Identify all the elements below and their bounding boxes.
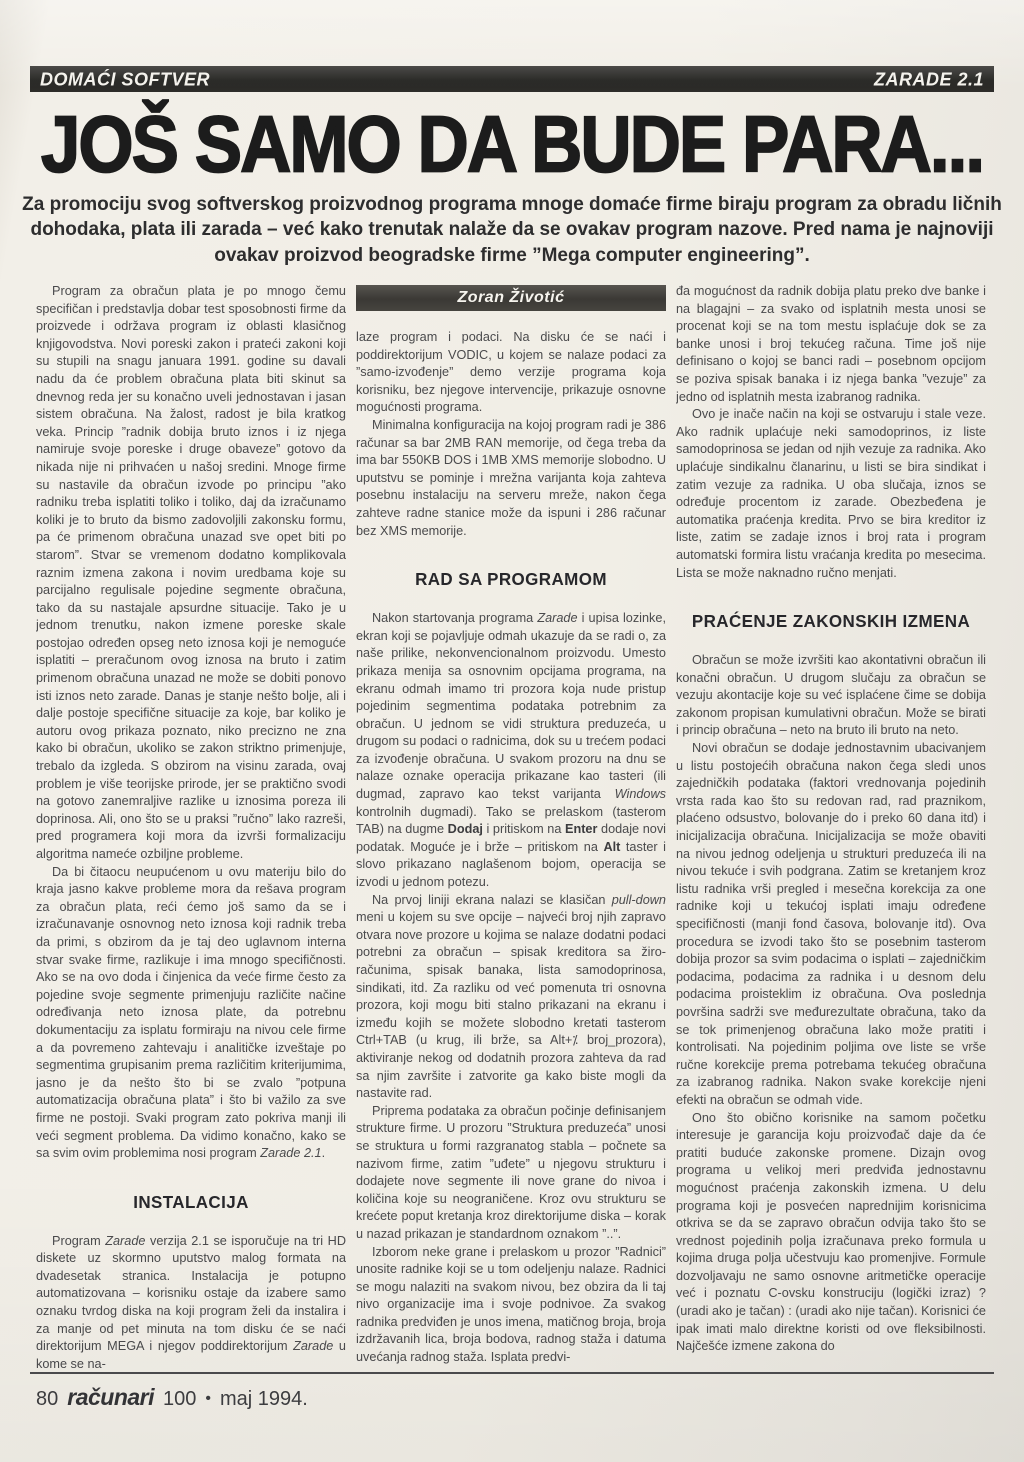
page-number: 80 [36, 1388, 58, 1411]
page-footer: 80 računari 100 • maj 1994. [36, 1384, 308, 1411]
footer-rule [30, 1372, 994, 1374]
paragraph: laze program i podaci. Na disku će se na… [356, 329, 666, 417]
column-2: Zoran Životić laze program i podaci. Na … [356, 283, 666, 1369]
column-1: Program za obračun plata je po mnogo čem… [36, 283, 346, 1369]
paragraph: Program za obračun plata je po mnogo čem… [36, 283, 346, 864]
author-name: Zoran Životić [458, 289, 565, 307]
paragraph: Nakon startovanja programa Zarade i upis… [356, 610, 666, 892]
magazine-name: računari [67, 1384, 154, 1411]
paragraph: Obračun se može izvršiti kao akontativni… [676, 652, 986, 740]
byline-bar: Zoran Životić [356, 285, 666, 311]
magazine-page: DOMAĆI SOFTVER ZARADE 2.1 JOŠ SAMO DA BU… [0, 0, 1024, 1462]
article-title: JOŠ SAMO DA BUDE PARA... [0, 100, 1024, 191]
paragraph: đa mogućnost da radnik dobija platu prek… [676, 283, 986, 406]
paragraph: Ono što obično korisnike na samom početk… [676, 1110, 986, 1356]
issue-date: maj 1994. [220, 1388, 308, 1411]
article-lead: Za promociju svog softverskog proizvodno… [22, 192, 1002, 268]
section-heading-instalacija: INSTALACIJA [36, 1192, 346, 1213]
column-3: đa mogućnost da radnik dobija platu prek… [676, 283, 986, 1369]
issue-number: 100 [163, 1388, 196, 1411]
paragraph: Program Zarade verzija 2.1 se isporučuje… [36, 1233, 346, 1369]
paragraph: Priprema podataka za obračun počinje def… [356, 1103, 666, 1244]
section-tag-right: ZARADE 2.1 [874, 68, 984, 90]
section-tag-left: DOMAĆI SOFTVER [40, 68, 210, 90]
paragraph: Minimalna konfiguracija na kojoj program… [356, 417, 666, 540]
paragraph: Izborom neke grane i prelaskom u prozor … [356, 1244, 666, 1367]
header-bar: DOMAĆI SOFTVER ZARADE 2.1 [30, 66, 994, 92]
bullet-separator-icon: • [205, 1390, 211, 1408]
paragraph: Na prvoj liniji ekrana nalazi se klasiča… [356, 892, 666, 1103]
paragraph: Novi obračun se dodaje jednostavnim ubac… [676, 740, 986, 1109]
paragraph: Da bi čitaocu neupućenom u ovu materiju … [36, 864, 346, 1163]
paragraph: Ovo je inače način na koji se ostvaruju … [676, 406, 986, 582]
section-heading-pracenje-zakonskih-izmena: PRAĆENJE ZAKONSKIH IZMENA [676, 612, 986, 633]
article-body: Program za obračun plata je po mnogo čem… [36, 283, 988, 1369]
section-heading-rad-sa-programom: RAD SA PROGRAMOM [356, 570, 666, 591]
